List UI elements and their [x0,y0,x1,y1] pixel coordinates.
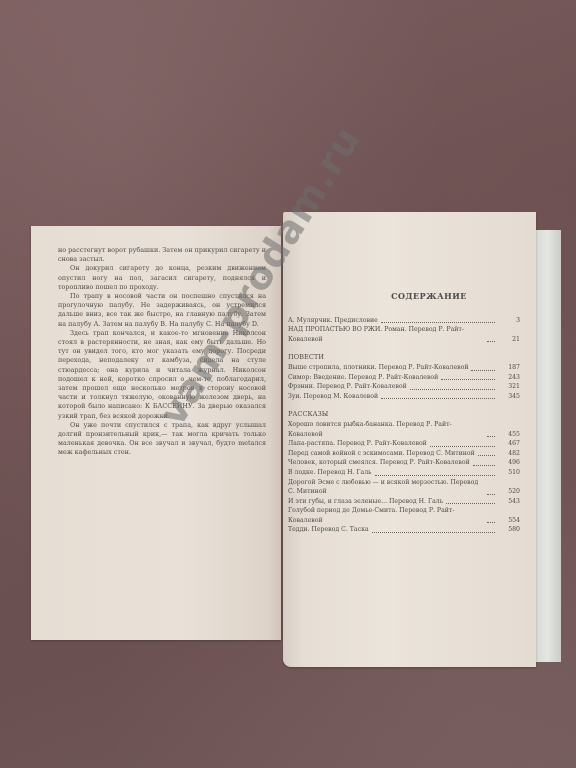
toc-entry: НАД ПРОПАСТЬЮ ВО РЖИ. Роман. Перевод Р. … [288,325,520,344]
toc-leader-dots [473,465,495,466]
toc-entry-title: Выше стропила, плотники. Перевод Р. Райт… [288,363,468,373]
toc-leader-dots [381,398,495,399]
toc-leader-dots [487,494,495,495]
toc-entry: Выше стропила, плотники. Перевод Р. Райт… [288,363,520,373]
paragraph: Он уже почти спустился с трапа, как вдру… [58,421,266,458]
toc-leader-dots [478,455,495,456]
toc-entry-title: И эти губы, и глаза зеленые... Перевод Н… [288,497,443,507]
toc-page-number: 496 [498,458,520,468]
toc-entry: Дорогой Эсме с любовью — и всякой мерзос… [288,478,520,497]
toc-leader-dots [441,379,495,380]
toc-entry: И эти губы, и глаза зеленые... Перевод Н… [288,497,520,507]
toc-page-number: 543 [498,497,520,507]
toc-leader-dots [410,389,495,390]
paragraph: но расстегнут ворот рубашки. Затем он пр… [58,246,266,264]
toc-page-number: 482 [498,449,520,459]
toc-page-number: 467 [498,439,520,449]
toc-leader-dots [372,532,495,533]
toc-entry-title: Человек, который смеялся. Перевод Р. Рай… [288,458,470,468]
toc-leader-dots [446,503,495,504]
toc-section-heading: ПОВЕСТИ [288,353,520,363]
toc-entry-title: Хорошо ловится рыбка-бананка. Перевод Р.… [288,420,484,439]
toc-entry-title: Симор: Введение. Перевод Р. Райт-Ковалев… [288,373,438,383]
toc-page-number: 554 [498,516,520,526]
toc-page-number: 3 [498,316,520,326]
toc-entry: Зуи. Перевод М. Ковалевой345 [288,392,520,402]
toc-entry-title: В лодке. Перевод Н. Галь [288,468,372,478]
toc-entry: Перед самой войной с эскимосами. Перевод… [288,449,520,459]
toc-leader-dots [430,446,495,447]
toc-leader-dots [487,522,495,523]
toc-entry-title: Тедди. Перевод С. Таска [288,525,369,535]
toc-entry-title: Голубой период де Домье-Смита. Перевод Р… [288,506,484,525]
toc-page-number: 510 [498,468,520,478]
toc-entry: Симор: Введение. Перевод Р. Райт-Ковалев… [288,373,520,383]
toc-section-heading: РАССКАЗЫ [288,410,520,420]
toc-entry-title: Фрэнни. Перевод Р. Райт-Ковалевой [288,382,407,392]
toc-page-number: 21 [498,335,520,345]
toc-page-number: 345 [498,392,520,402]
toc-entry-title: Дорогой Эсме с любовью — и всякой мерзос… [288,478,484,497]
toc-leader-dots [487,436,495,437]
book-page-edges [534,230,561,662]
toc-entry-title: А. Мулярчик. Предисловие [288,316,378,326]
toc-title: СОДЕРЖАНИЕ [288,292,520,302]
toc-page-number: 520 [498,487,520,497]
toc-entry-title: НАД ПРОПАСТЬЮ ВО РЖИ. Роман. Перевод Р. … [288,325,484,344]
toc-entry: Голубой период де Домье-Смита. Перевод Р… [288,506,520,525]
toc-entry: Человек, который смеялся. Перевод Р. Рай… [288,458,520,468]
toc-entry: Лапа-растяпа. Перевод Р. Райт-Ковалевой4… [288,439,520,449]
toc-leader-dots [381,322,495,323]
toc-page-number: 455 [498,430,520,440]
toc-leader-dots [487,341,495,342]
toc-entry: Хорошо ловится рыбка-бананка. Перевод Р.… [288,420,520,439]
toc-page-number: 243 [498,373,520,383]
toc-entry-title: Перед самой войной с эскимосами. Перевод… [288,449,475,459]
toc-entry-title: Зуи. Перевод М. Ковалевой [288,392,378,402]
toc-page-number: 321 [498,382,520,392]
table-of-contents: СОДЕРЖАНИЕ А. Мулярчик. Предисловие3НАД … [288,292,520,535]
toc-entry: В лодке. Перевод Н. Галь510 [288,468,520,478]
toc-leader-dots [375,475,495,476]
toc-page-number: 580 [498,525,520,535]
toc-entry: Фрэнни. Перевод Р. Райт-Ковалевой321 [288,382,520,392]
toc-leader-dots [471,370,495,371]
toc-entry: А. Мулярчик. Предисловие3 [288,316,520,326]
toc-entry: Тедди. Перевод С. Таска580 [288,525,520,535]
toc-entry-title: Лапа-растяпа. Перевод Р. Райт-Ковалевой [288,439,427,449]
toc-page-number: 187 [498,363,520,373]
